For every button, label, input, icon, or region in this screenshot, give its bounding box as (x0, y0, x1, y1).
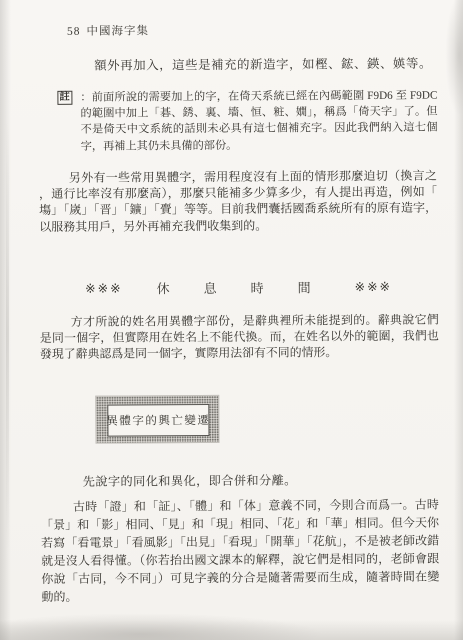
paragraph-name-variants: 方才所說的姓名用異體字部份，是辭典裡所未能提到的。辭典說它們是同一個字，但實際用… (40, 312, 439, 363)
running-header: 58中國海字集 (67, 22, 149, 39)
page-number: 58 (67, 26, 81, 38)
section-heading-inner: 異體字的興亡變遷 (107, 404, 209, 437)
paragraph-common-variants: 另外有一些常用異體字，需用程度沒有上面的情形那麼迫切（換言之，通行比率沒有那麼高… (39, 168, 437, 235)
section-heading-title: 異體字的興亡變遷 (106, 412, 210, 429)
rest-break-heading: ※※※ 休息時間 ※※※ (40, 277, 438, 298)
scanned-book-page: { "page": { "header": { "page_number": "… (0, 0, 463, 640)
paragraph-intro: 額外再加入，這些是補充的新造字，如樫、鋐、鍈、媖等。 (94, 54, 432, 74)
note-text: 前面所說的需要加上的字，在倚天系統已經在內碼範圍 F9D6 至 F9DC 的範圍… (80, 90, 437, 153)
note-label: 註 (57, 90, 72, 104)
section-heading-box: 異體字的興亡變遷 (95, 395, 219, 444)
page-content: 58中國海字集 額外再加入，這些是補充的新造字，如樫、鋐、鍈、媖等。 註：前面所… (0, 0, 463, 640)
break-title: 休息時間 (157, 277, 345, 297)
break-marks-left: ※※※ (85, 280, 123, 296)
page-scan: 58中國海字集 額外再加入，這些是補充的新造字，如樫、鋐、鍈、媖等。 註：前面所… (0, 0, 463, 640)
paragraph-history: 古時「證」和「証」、「體」和「体」意義不同，今則合而爲一。古時「景」和「影」相同… (41, 496, 440, 607)
book-title: 中國海字集 (86, 25, 149, 37)
paragraph-merge-split: 先說字的同化和異化，即合併和分離。 (41, 472, 297, 490)
note-block: 註：前面所說的需要加上的字，在倚天系統已經在內碼範圍 F9D6 至 F9DC 的… (57, 88, 437, 155)
break-marks-right: ※※※ (355, 278, 393, 294)
note-colon: ： (80, 92, 91, 104)
